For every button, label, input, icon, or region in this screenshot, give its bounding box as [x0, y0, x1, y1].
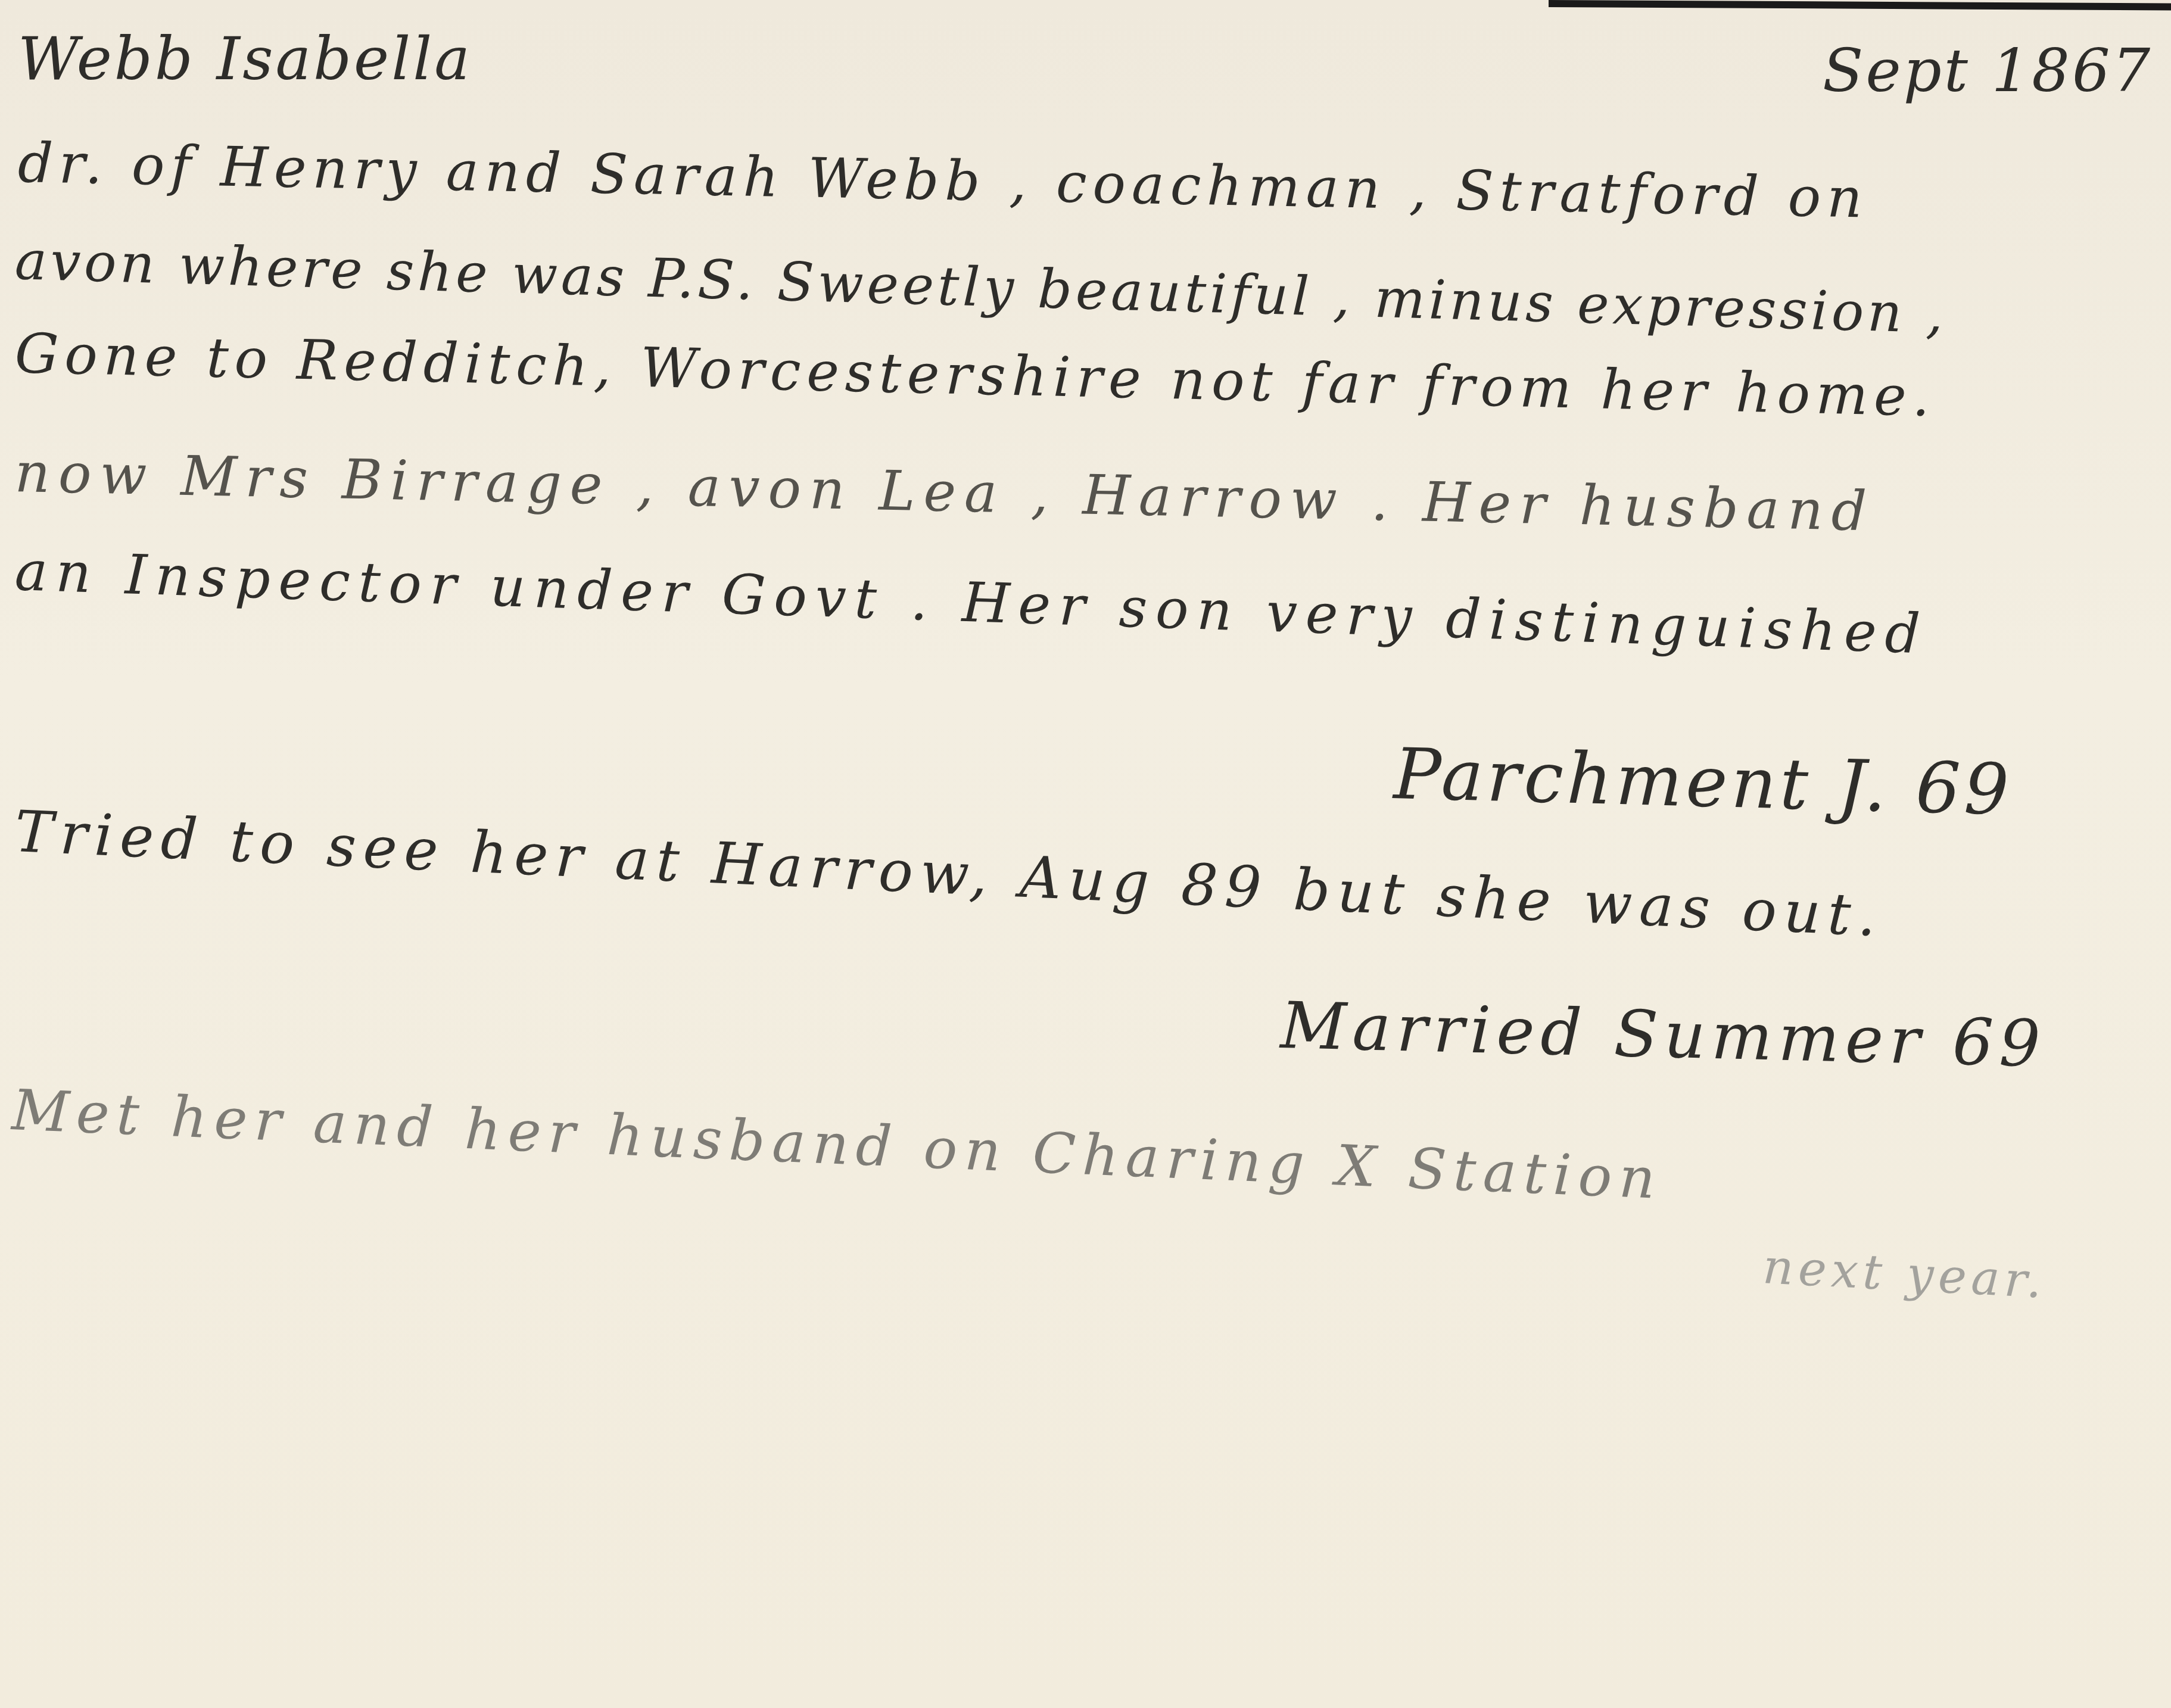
parchment-note: Parchment J. 69	[1393, 733, 2013, 831]
card-line-4: now Mrs Birrage , avon Lea , Harrow . He…	[14, 441, 1876, 543]
scan-edge-shadow	[1549, 0, 2171, 10]
card-name-heading: Webb Isabella	[18, 24, 472, 93]
archival-card: Webb Isabella Sept 1867 dr. of Henry and…	[0, 0, 2171, 1708]
card-date: Sept 1867	[1823, 36, 2153, 105]
card-line-1: dr. of Henry and Sarah Webb , coachman ,…	[17, 131, 1869, 230]
card-line-5: an Inspector under Govt . Her son very d…	[14, 539, 1929, 666]
married-note: Married Summer 69	[1279, 989, 2047, 1081]
met-note: Met her and her husband on Charing X Sta…	[11, 1078, 1664, 1212]
met-note-continued: next year.	[1762, 1239, 2048, 1309]
card-line-3: Gone to Redditch, Worcestershire not far…	[14, 322, 1936, 429]
visit-note: Tried to see her at Harrow, Aug 89 but s…	[13, 798, 1885, 949]
